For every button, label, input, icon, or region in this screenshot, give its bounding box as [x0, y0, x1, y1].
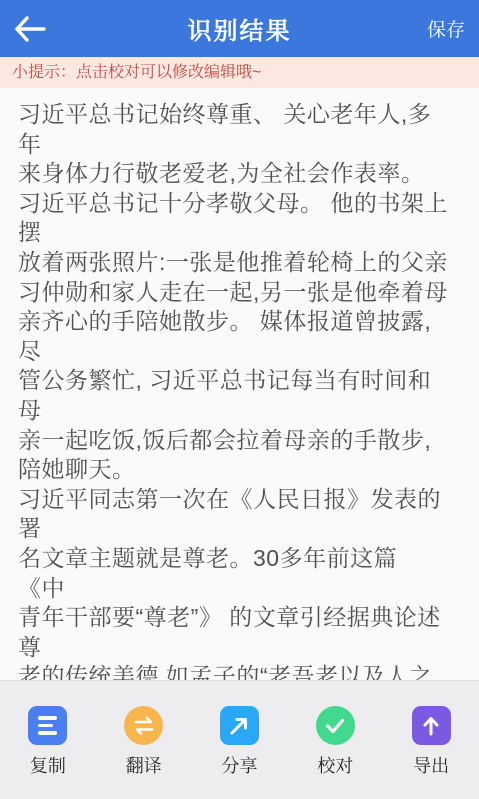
- checkmark-icon: [316, 706, 355, 745]
- share-label: 分享: [221, 752, 257, 778]
- text-line: 母: [18, 396, 463, 426]
- text-line: 《中: [18, 574, 463, 604]
- translate-button[interactable]: 翻译: [96, 681, 192, 799]
- page-title: 识别结果: [0, 11, 479, 46]
- copy-button[interactable]: 复制: [0, 681, 96, 799]
- text-line: 老的传统美德,如孟子的“老吾老以及人之: [18, 662, 463, 680]
- text-line: 放着两张照片:一张是他推着轮椅上的父亲: [18, 248, 463, 278]
- text-line: 名文章主题就是尊老。30多年前这篇: [18, 544, 463, 574]
- copy-lines-icon: [28, 706, 67, 745]
- save-button[interactable]: 保存: [427, 0, 465, 57]
- proofread-label: 校对: [317, 752, 353, 778]
- text-line: 尊: [18, 633, 463, 663]
- recognized-text-area[interactable]: 习近平总书记始终尊重、 关心老年人,多年来身体力行敬老爱老,为全社会作表率。习近…: [0, 88, 479, 680]
- text-line: 摆: [18, 218, 463, 248]
- header-bar: 识别结果 保存: [0, 0, 479, 57]
- translate-arrows-icon: [124, 706, 163, 745]
- text-line: 来身体力行敬老爱老,为全社会作表率。: [18, 159, 463, 189]
- text-line: 亲一起吃饭,饭后都会拉着母亲的手散步,: [18, 426, 463, 456]
- ocr-result-screen: 识别结果 保存 小提示：点击校对可以修改编辑哦~ 习近平总书记始终尊重、 关心老…: [0, 0, 479, 799]
- bottom-toolbar: 复制 翻译 分享: [0, 680, 479, 799]
- text-line: 习近平总书记始终尊重、 关心老年人,多: [18, 100, 463, 130]
- share-button[interactable]: 分享: [192, 681, 288, 799]
- proofread-button[interactable]: 校对: [287, 681, 383, 799]
- back-arrow-icon: [14, 16, 46, 42]
- text-line: 习近平总书记十分孝敬父母。 他的书架上: [18, 189, 463, 219]
- back-button[interactable]: [0, 0, 60, 57]
- text-line: 尽: [18, 337, 463, 367]
- share-arrow-icon: [220, 706, 259, 745]
- text-line: 管公务繁忙, 习近平总书记每当有时间和: [18, 366, 463, 396]
- text-line: 年: [18, 130, 463, 160]
- text-line: 陪她聊天。: [18, 455, 463, 485]
- text-line: 习仲勋和家人走在一起,另一张是他牵着母: [18, 278, 463, 308]
- text-line: 青年干部要“尊老”》 的文章引经据典论述: [18, 603, 463, 633]
- copy-label: 复制: [30, 752, 66, 778]
- export-up-arrow-icon: [412, 706, 451, 745]
- translate-label: 翻译: [126, 752, 162, 778]
- export-label: 导出: [413, 752, 449, 778]
- hint-bar: 小提示：点击校对可以修改编辑哦~: [0, 57, 479, 88]
- text-line: 署: [18, 514, 463, 544]
- export-button[interactable]: 导出: [383, 681, 479, 799]
- text-line: 亲齐心的手陪她散步。 媒体报道曾披露,: [18, 307, 463, 337]
- text-line: 习近平同志第一次在《人民日报》发表的: [18, 485, 463, 515]
